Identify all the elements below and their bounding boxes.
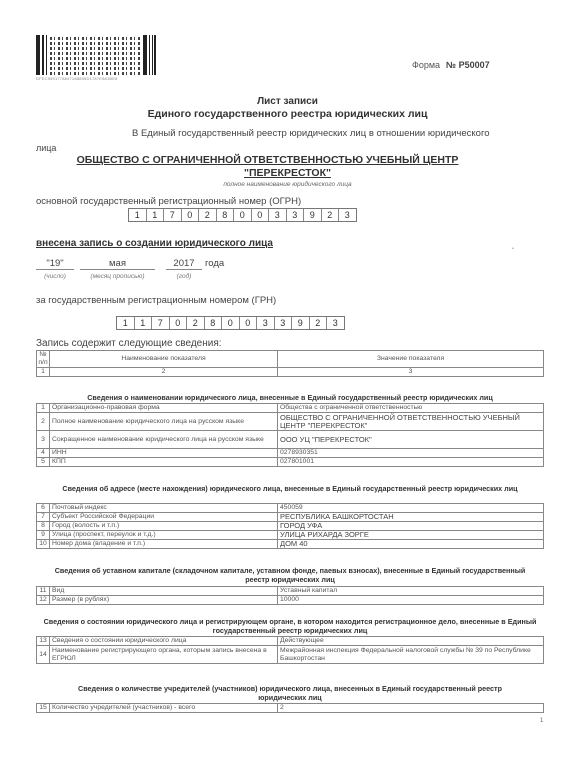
row-value: 027801001 [278,458,544,467]
organization-name-line2: "ПЕРЕКРЕСТОК" [0,167,575,179]
grn-digit: 1 [117,317,135,329]
table-row: 1Организационно-правовая формаОбщества с… [37,404,544,413]
row-name: Полное наименование юридического лица на… [50,413,278,431]
grn-digit: 7 [152,317,170,329]
col-name-header: Наименование показателя [50,351,278,368]
ogrn-digit: 1 [129,209,147,221]
row-number: 6 [37,504,50,513]
row-number: 2 [37,413,50,431]
ogrn-digit: 0 [182,209,200,221]
page-number: 1 [540,718,543,724]
form-number: Форма№ Р50007 [412,60,490,70]
row-value: Уставный капитал [278,587,544,596]
row-value: Действующее [278,637,544,646]
section-table-status: 13Сведения о состоянии юридического лица… [36,636,544,664]
row-value: 0278930351 [278,449,544,458]
grn-digit: 2 [187,317,205,329]
year-caption: (год) [166,273,202,280]
form-number-value: № Р50007 [446,60,490,70]
ogrn-digit: 2 [199,209,217,221]
col-value-header: Значение показателя [278,351,544,368]
ogrn-digit-boxes: 1 1 7 0 2 8 0 0 3 3 9 2 3 [128,208,357,222]
table-row: 15Количество учредителей (участников) - … [37,704,544,713]
index-cell: 1 [37,368,50,377]
row-value: ОБЩЕСТВО С ОГРАНИЧЕННОЙ ОТВЕТСТВЕННОСТЬЮ… [278,413,544,431]
row-name: Субъект Российской Федерации [50,513,278,522]
document-title: Лист записи [0,96,575,107]
table-row: 14Наименование регистрирующего органа, к… [37,646,544,664]
row-name: Город (волость и т.п.) [50,522,278,531]
row-number: 13 [37,637,50,646]
col-num-header: № п/п [37,351,50,368]
row-number: 4 [37,449,50,458]
table-row: 2Полное наименование юридического лица н… [37,413,544,431]
grn-digit: 8 [205,317,223,329]
row-name: Сведения о состоянии юридического лица [50,637,278,646]
grn-digit: 3 [275,317,293,329]
row-value: 2 [278,704,544,713]
section-title-founders: Сведения о количестве учредителей (участ… [55,684,525,702]
entry-year-suffix: года [205,258,224,269]
index-cell: 3 [278,368,544,377]
entry-day: "19" [36,258,74,270]
grn-digit: 0 [170,317,188,329]
row-value: УЛИЦА РИХАРДА ЗОРГЕ [278,531,544,540]
section-table-capital: 11ВидУставный капитал 12Размер (в рублях… [36,586,544,605]
row-number: 9 [37,531,50,540]
ogrn-digit: 0 [234,209,252,221]
ogrn-label: основной государственный регистрационный… [36,196,301,207]
row-number: 7 [37,513,50,522]
row-name: Номер дома (владение и т.п.) [50,540,278,549]
day-caption: (число) [36,273,74,280]
grn-digit: 0 [240,317,258,329]
table-row: 10Номер дома (владение и т.п.)ДОМ 40 [37,540,544,549]
intro-text-cont: лица [36,143,56,153]
contains-label: Запись содержит следующие сведения: [36,338,222,349]
row-name: Сокращенное наименование юридического ли… [50,431,278,449]
entry-month: мая [80,258,155,270]
table-index-row: 1 2 3 [37,368,544,377]
row-number: 11 [37,587,50,596]
section-title-address: Сведения об адресе (месте нахождения) юр… [55,484,525,493]
grn-digit: 0 [222,317,240,329]
grn-digit: 3 [327,317,344,329]
ogrn-digit: 3 [339,209,356,221]
table-header-row: № п/п Наименование показателя Значение п… [37,351,544,368]
row-number: 3 [37,431,50,449]
grn-label: за государственным регистрационным номер… [36,295,276,306]
row-number: 12 [37,596,50,605]
row-name: ИНН [50,449,278,458]
ogrn-digit: 3 [287,209,305,221]
row-value: ООО УЦ "ПЕРЕКРЕСТОК" [278,431,544,449]
section-title-status: Сведения о состоянии юридического лица и… [30,617,550,635]
row-name: КПП [50,458,278,467]
ogrn-digit: 7 [164,209,182,221]
row-value: Межрайонная инспекция Федеральной налого… [278,646,544,664]
row-number: 8 [37,522,50,531]
row-name: Организационно-правовая форма [50,404,278,413]
row-value: Общества с ограниченной ответственностью [278,404,544,413]
table-row: 4ИНН0278930351 [37,449,544,458]
table-row: 5КПП027801001 [37,458,544,467]
table-row: 3Сокращенное наименование юридического л… [37,431,544,449]
entry-year: 2017 [166,258,202,270]
ogrn-digit: 9 [304,209,322,221]
section-title-capital: Сведения об уставном капитале (складочно… [50,566,530,584]
month-caption: (месяц прописью) [80,273,155,280]
index-cell: 2 [50,368,278,377]
section-title-name: Сведения о наименовании юридического лиц… [30,393,550,402]
entry-statement: внесена запись о создании юридического л… [36,238,273,249]
organization-name-caption: полное наименование юридического лица [0,181,575,188]
document-subtitle: Единого государственного реестра юридиче… [0,108,575,120]
ogrn-digit: 0 [252,209,270,221]
row-name: Вид [50,587,278,596]
section-table-address: 6Почтовый индекс450059 7Субъект Российск… [36,503,544,549]
section-table-founders: 15Количество учредителей (участников) - … [36,703,544,713]
grn-digit: 3 [257,317,275,329]
row-value: 10000 [278,596,544,605]
grn-digit: 9 [292,317,310,329]
table-row: 13Сведения о состоянии юридического лица… [37,637,544,646]
row-value: ДОМ 40 [278,540,544,549]
table-row: 11ВидУставный капитал [37,587,544,596]
row-number: 1 [37,404,50,413]
row-name: Наименование регистрирующего органа, кот… [50,646,278,664]
row-name: Размер (в рублях) [50,596,278,605]
row-number: 10 [37,540,50,549]
table-row: 12Размер (в рублях)10000 [37,596,544,605]
barcode-text: DFEC9591778847188895D1787E581BE8 [36,76,118,81]
ogrn-digit: 1 [147,209,165,221]
header-table: № п/п Наименование показателя Значение п… [36,350,544,377]
scan-speck: • [512,246,514,252]
intro-text: В Единый государственный реестр юридичес… [132,128,490,139]
ogrn-digit: 8 [217,209,235,221]
section-table-name: 1Организационно-правовая формаОбщества с… [36,403,544,467]
grn-digit: 2 [310,317,328,329]
row-name: Почтовый индекс [50,504,278,513]
ogrn-digit: 3 [269,209,287,221]
grn-digit-boxes: 1 1 7 0 2 8 0 0 3 3 9 2 3 [116,316,345,330]
row-name: Количество учредителей (участников) - вс… [50,704,278,713]
row-number: 15 [37,704,50,713]
row-number: 14 [37,646,50,664]
grn-digit: 1 [135,317,153,329]
form-label: Форма [412,60,440,70]
barcode [36,35,156,75]
row-name: Улица (проспект, переулок и т.д.) [50,531,278,540]
row-number: 5 [37,458,50,467]
organization-name-line1: ОБЩЕСТВО С ОГРАНИЧЕННОЙ ОТВЕТСТВЕННОСТЬЮ… [0,154,555,166]
ogrn-digit: 2 [322,209,340,221]
